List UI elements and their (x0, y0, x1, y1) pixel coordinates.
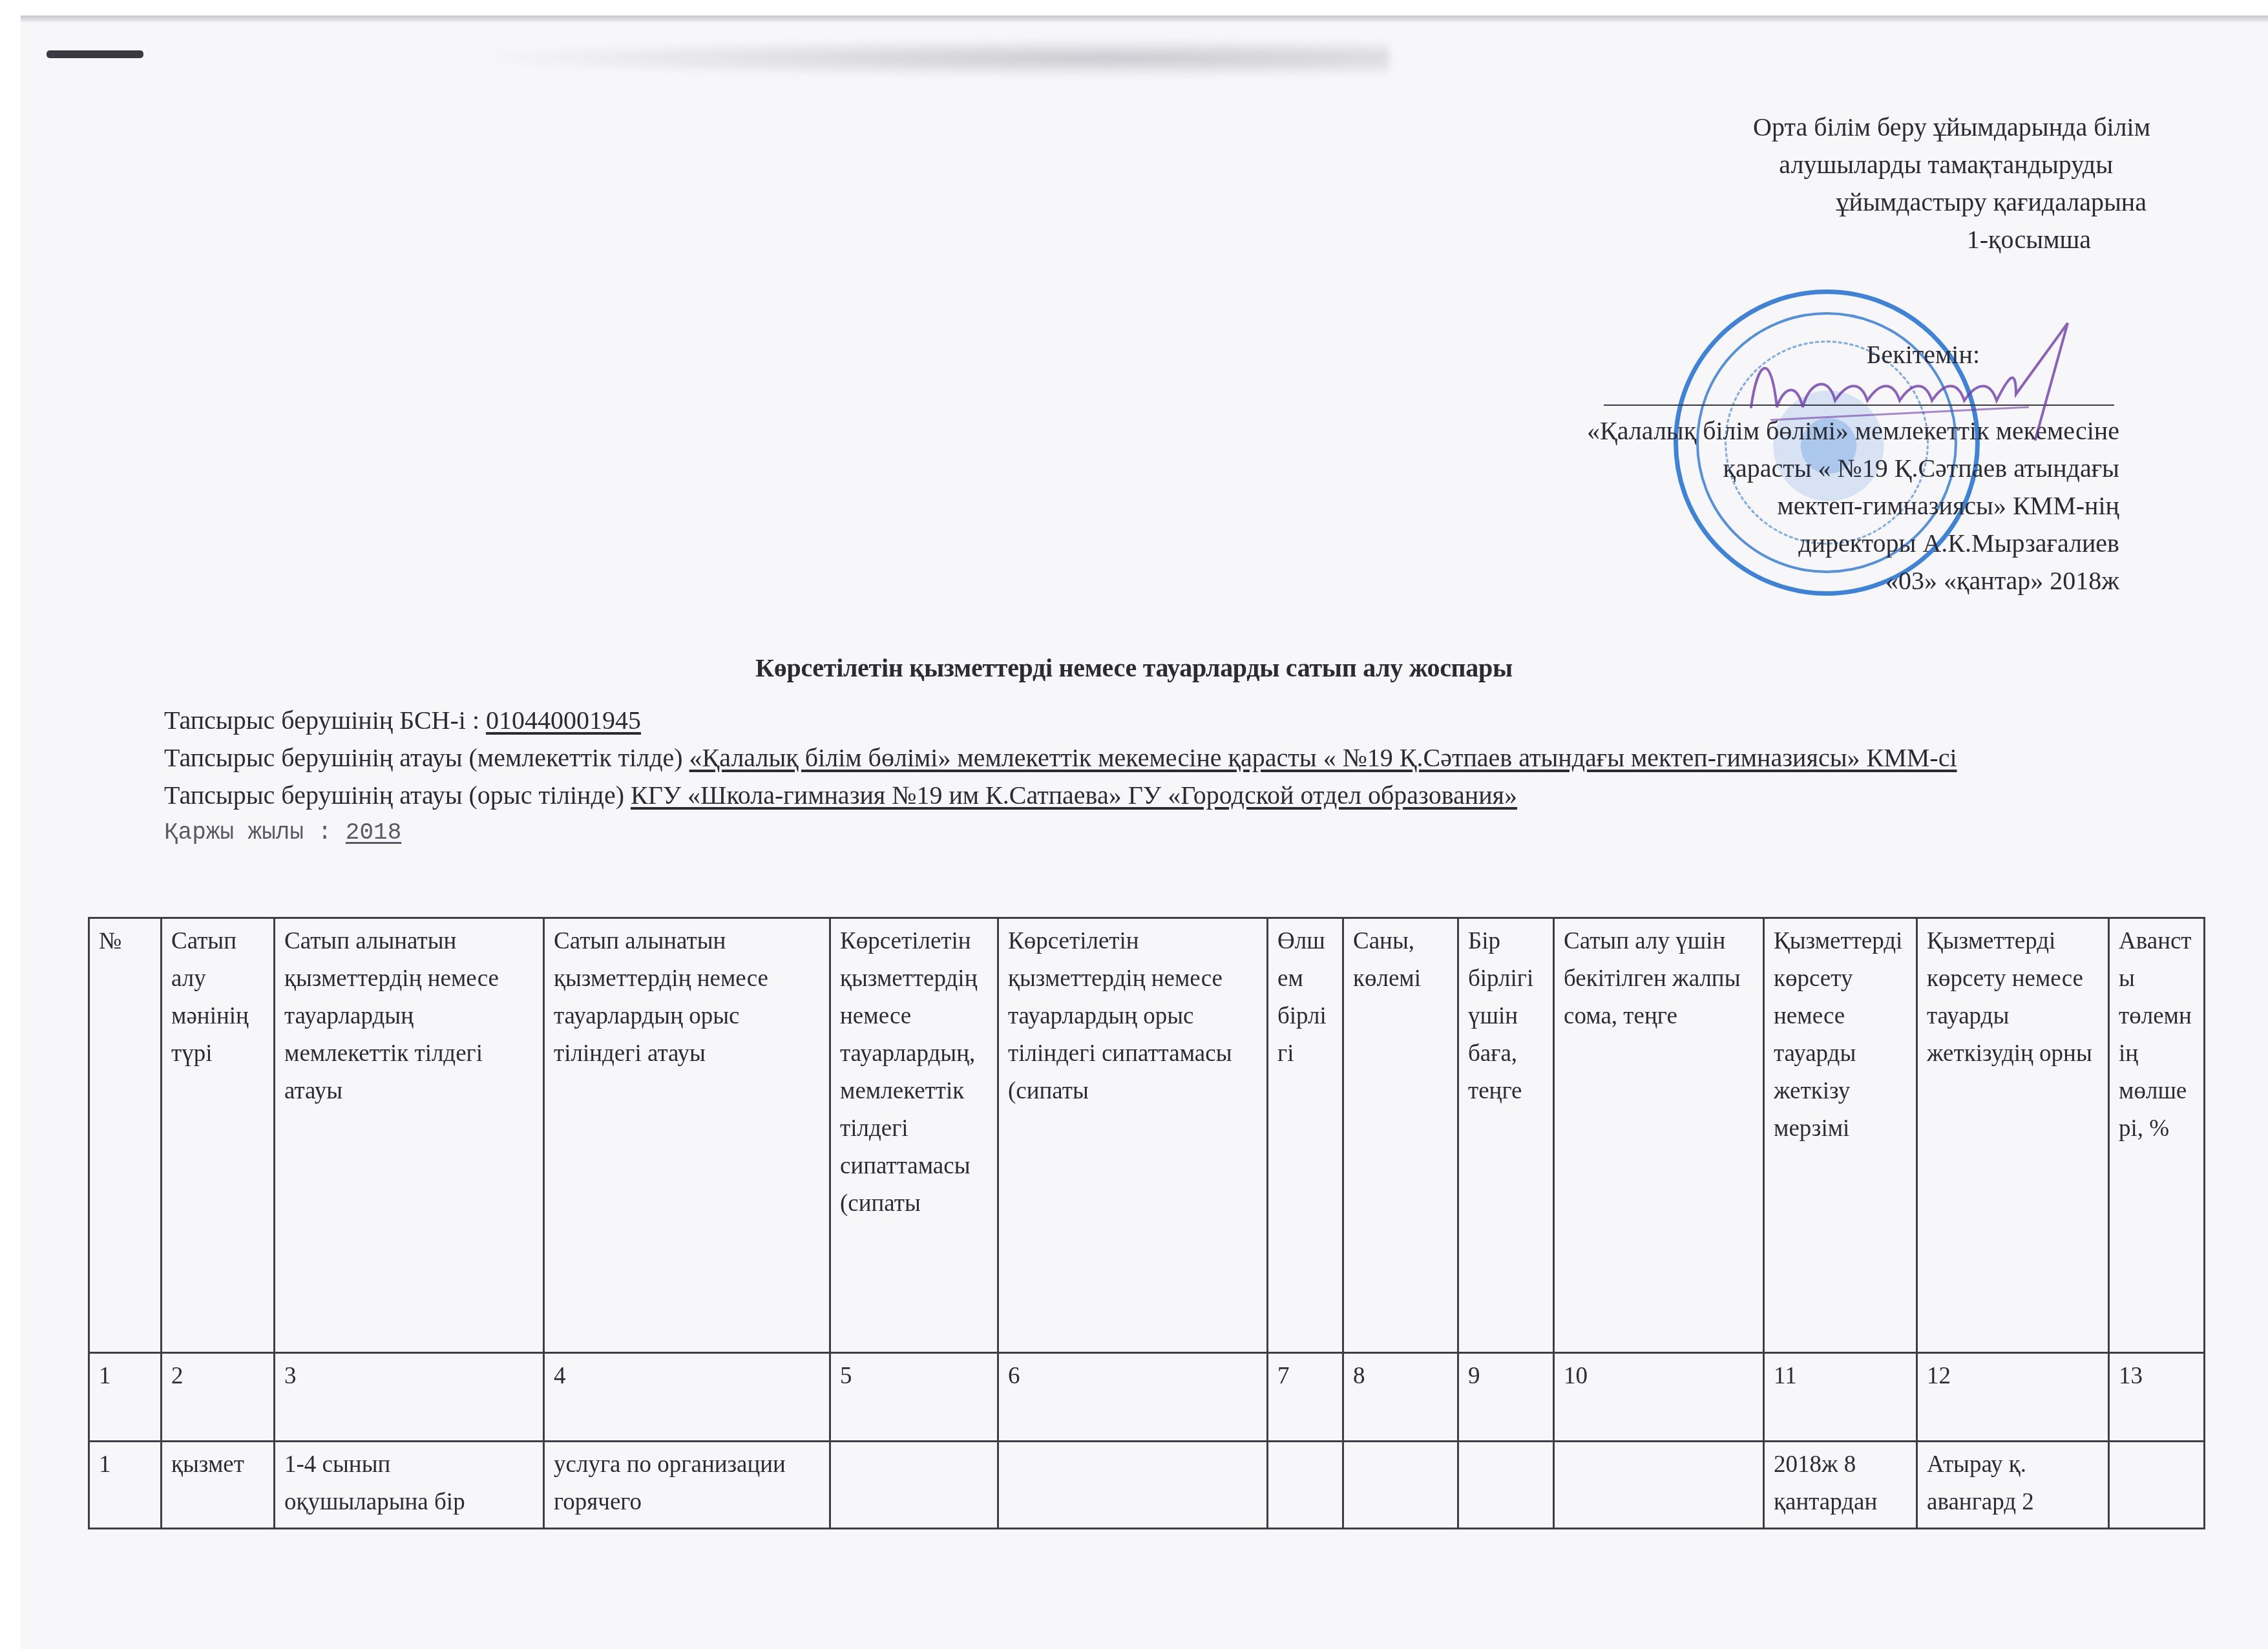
table-row: 1 қызмет 1-4 сынып оқушыларына бір услуг… (89, 1442, 2205, 1529)
cell-unit-price (1458, 1442, 1554, 1529)
header-cell-advance-payment: Авансты төлемнің мөлшері, % (2109, 918, 2205, 1353)
appendix-reference: Орта білім беру ұйымдарында білім алушыл… (1659, 109, 2150, 258)
header-cell-total-amount: Сатып алу үшін бекітілген жалпы сома, те… (1554, 918, 1764, 1353)
cell-number: 1 (89, 1442, 162, 1529)
fiscal-year: 2018 (346, 819, 401, 846)
header-cell-name-kz: Сатып алынатын қызметтердің немесе тауар… (275, 918, 544, 1353)
table-header-row: № Сатып алу мәнінің түрі Сатып алынатын … (89, 918, 2205, 1353)
cell-name-ru: услуга по организации горячего (544, 1442, 830, 1529)
customer-name-ru-row: Тапсырыс берушінің атауы (орыс тілінде) … (164, 777, 1957, 814)
approval-line: мектеп-гимназиясы» КММ-нің (1587, 487, 2119, 525)
header-cell-unit-price: Бір бірлігі үшін баға, теңге (1458, 918, 1554, 1353)
cell-advance-payment (2109, 1442, 2205, 1529)
customer-bin: 010440001945 (486, 706, 641, 735)
header-cell-delivery-term: Қызметтерді көрсету немесе тауарды жеткі… (1764, 918, 1917, 1353)
customer-name-ru: КГУ «Школа-гимназия №19 им К.Сатпаева» Г… (631, 781, 1517, 810)
cell-description-kz (830, 1442, 998, 1529)
customer-bin-label: Тапсырыс берушінің БСН-і : (164, 706, 486, 735)
column-number: 13 (2109, 1353, 2205, 1442)
header-cell-description-ru: Көрсетілетін қызметтердің немесе тауарла… (998, 918, 1268, 1353)
column-number: 1 (89, 1353, 162, 1442)
appendix-line: ұйымдастыру қағидаларына (1659, 184, 2147, 221)
fiscal-year-label: Қаржы жылы : (164, 819, 346, 846)
document-title: Көрсетілетін қызметтерді немесе тауарлар… (0, 653, 2268, 683)
cell-quantity (1343, 1442, 1458, 1529)
header-cell-description-kz: Көрсетілетін қызметтердің немесе тауарла… (830, 918, 998, 1353)
appendix-number: 1-қосымша (1659, 221, 2091, 258)
approval-line: қарасты « №19 Қ.Сәтпаев атындағы (1587, 450, 2119, 487)
customer-name-kz-row: Тапсырыс берушінің атауы (мемлекеттік ті… (164, 739, 1957, 777)
customer-name-kz-label: Тапсырыс берушінің атауы (мемлекеттік ті… (164, 743, 689, 772)
approval-date: «03» «қантар» 2018ж (1587, 562, 2119, 600)
scan-edge-shadow (21, 16, 2268, 22)
corner-mark (47, 50, 143, 58)
cell-delivery-term: 2018ж 8 қантардан (1764, 1442, 1917, 1529)
procurement-plan-table: № Сатып алу мәнінің түрі Сатып алынатын … (88, 917, 2205, 1529)
customer-name-ru-label: Тапсырыс берушінің атауы (орыс тілінде) (164, 781, 631, 810)
customer-bin-row: Тапсырыс берушінің БСН-і : 010440001945 (164, 702, 1957, 739)
column-number: 2 (162, 1353, 275, 1442)
appendix-line: алушыларды тамақтандыруды (1659, 146, 2113, 184)
column-number: 12 (1917, 1353, 2109, 1442)
header-cell-delivery-place: Қызметтерді көрсету немесе тауарды жеткі… (1917, 918, 2109, 1353)
header-cell-unit: Өлшем бірлігі (1268, 918, 1343, 1353)
column-number: 7 (1268, 1353, 1343, 1442)
column-number-row: 1 2 3 4 5 6 7 8 9 10 11 12 13 (89, 1353, 2205, 1442)
column-number: 8 (1343, 1353, 1458, 1442)
header-cell-name-ru: Сатып алынатын қызметтердің немесе тауар… (544, 918, 830, 1353)
header-cell-quantity: Саны, көлемі (1343, 918, 1458, 1353)
column-number: 5 (830, 1353, 998, 1442)
column-number: 9 (1458, 1353, 1554, 1442)
customer-info: Тапсырыс берушінің БСН-і : 010440001945 … (164, 702, 1957, 852)
column-number: 11 (1764, 1353, 1917, 1442)
header-cell-number: № (89, 918, 162, 1353)
cell-name-kz: 1-4 сынып оқушыларына бір (275, 1442, 544, 1529)
header-cell-procurement-type: Сатып алу мәнінің түрі (162, 918, 275, 1353)
approval-director: директоры А.К.Мырзағалиев (1587, 525, 2119, 562)
column-number: 4 (544, 1353, 830, 1442)
cell-delivery-place: Атырау қ. авангард 2 (1917, 1442, 2109, 1529)
customer-name-kz: «Қалалық білім бөлімі» мемлекеттік мекем… (689, 743, 1957, 772)
column-number: 10 (1554, 1353, 1764, 1442)
column-number: 6 (998, 1353, 1268, 1442)
cell-total-amount (1554, 1442, 1764, 1529)
fiscal-year-row: Қаржы жылы : 2018 (164, 814, 1957, 852)
cell-description-ru (998, 1442, 1268, 1529)
cell-unit (1268, 1442, 1343, 1529)
cell-procurement-type: қызмет (162, 1442, 275, 1529)
scan-smudge (452, 39, 1389, 78)
column-number: 3 (275, 1353, 544, 1442)
appendix-line: Орта білім беру ұйымдарында білім (1659, 109, 2150, 146)
signature-icon (1732, 310, 2094, 452)
